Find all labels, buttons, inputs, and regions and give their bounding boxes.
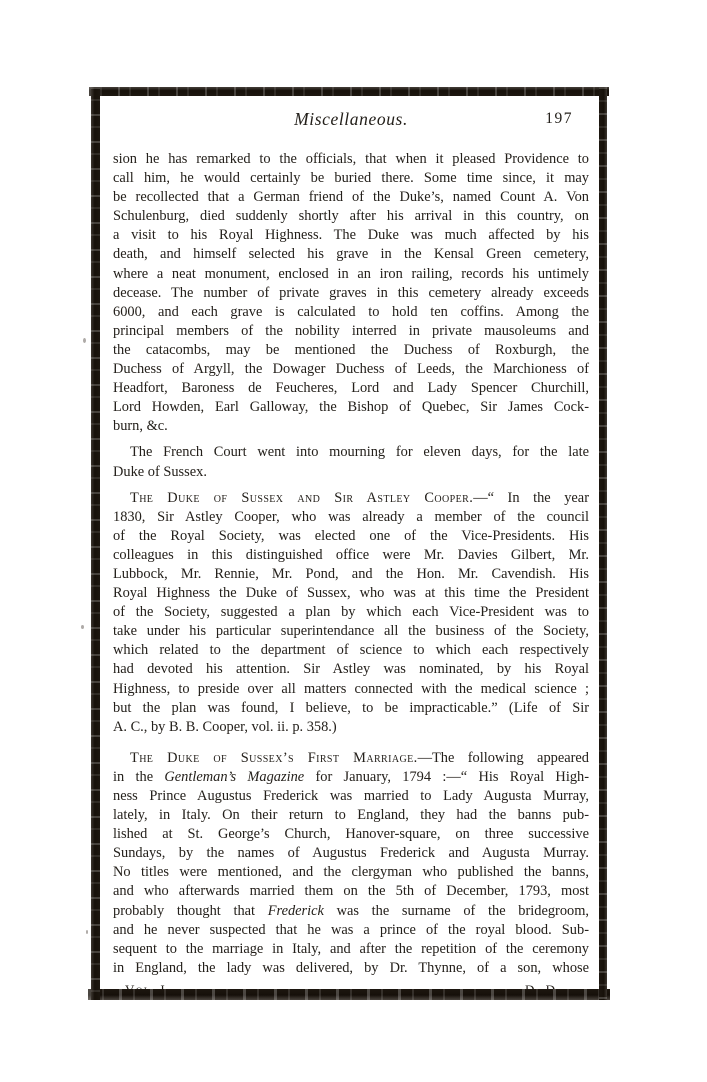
text-run: Highness, to preside over all matters co… [113, 681, 589, 697]
text-line: The French Court went into mourning for … [113, 443, 589, 462]
text-line: lately, in Italy. On their return to Eng… [113, 806, 589, 825]
text-run: take under his particular superintendanc… [113, 623, 589, 639]
page-border-left [91, 87, 100, 1000]
text-run: which related to the department of scien… [113, 642, 589, 658]
text-line: Duchess of Argyll, the Dowager Duchess o… [113, 360, 589, 379]
text-line: sequent to the marriage in Italy, and af… [113, 940, 589, 959]
text-run: in the [113, 769, 164, 785]
paragraph: sion he has remarked to the officials, t… [113, 150, 589, 436]
text-run: where a neat monument, enclosed in an ir… [113, 266, 589, 282]
text-run: Headfort, Baroness de Feucheres, Lord an… [113, 380, 589, 396]
text-line: in the Gentleman’s Magazine for January,… [113, 768, 589, 787]
text-run: No titles were mentioned, and the clergy… [113, 864, 589, 880]
text-line: Highness, to preside over all matters co… [113, 680, 589, 699]
text-run: in England, the lady was delivered, by D… [113, 960, 589, 976]
text-line: of the Royal Society, was elected one of… [113, 527, 589, 546]
text-run: principal members of the nobility interr… [113, 323, 589, 339]
text-line: sion he has remarked to the officials, t… [113, 150, 589, 169]
text-run: —“ In the year [473, 490, 589, 506]
text-run: burn, &c. [113, 418, 168, 434]
text-line: Lord Howden, Earl Galloway, the Bishop o… [113, 398, 589, 417]
text-line: probably thought that Frederick was the … [113, 902, 589, 921]
scan-speckle [83, 338, 86, 343]
text-run: A. C., by B. B. Cooper, vol. ii. p. 358.… [113, 719, 337, 735]
text-line: burn, &c. [113, 417, 589, 436]
text-run: death, and himself selected his grave in… [113, 246, 589, 262]
text-run: Lubbock, Mr. Rennie, Mr. Pond, and the H… [113, 566, 589, 582]
text-run: Schulenburg, died suddenly shortly after… [113, 208, 589, 224]
scan-speckle [81, 625, 84, 629]
text-run: lately, in Italy. On their return to Eng… [113, 807, 589, 823]
text-run: had devoted his attention. Sir Astley wa… [113, 661, 589, 677]
text-line: and he never suspected that he was a pri… [113, 921, 589, 940]
text-line: Lubbock, Mr. Rennie, Mr. Pond, and the H… [113, 565, 589, 584]
text-line: had devoted his attention. Sir Astley wa… [113, 660, 589, 679]
text-line: Schulenburg, died suddenly shortly after… [113, 207, 589, 226]
press-signature: D D [525, 982, 589, 989]
text-line: A. C., by B. B. Cooper, vol. ii. p. 358.… [113, 718, 589, 737]
text-line: a visit to his Royal Highness. The Duke … [113, 226, 589, 245]
text-run: colleagues in this distinguished office … [113, 547, 589, 563]
text-run: —The following appeared [418, 750, 589, 766]
article-heading-text: The Duke of Sussex’s First Marriage. [130, 750, 418, 766]
page-footer: Vol. I. D D [113, 982, 589, 989]
volume-label: Vol. I. [113, 982, 171, 989]
page-border-right [599, 87, 607, 1000]
page-border-bottom [88, 989, 610, 1000]
text-line: 6000, and each grave is calculated to ho… [113, 303, 589, 322]
text-line: call him, he would certainly be buried t… [113, 169, 589, 188]
italic-text: Gentleman’s Magazine [164, 769, 304, 785]
text-run: ness Prince Augustus Frederick was marri… [113, 788, 589, 804]
text-run: of the Society, suggested a plan by whic… [113, 604, 589, 620]
text-line: ness Prince Augustus Frederick was marri… [113, 787, 589, 806]
text-run: Duchess of Argyll, the Dowager Duchess o… [113, 361, 589, 377]
text-line: Sundays, by the names of Augustus Freder… [113, 844, 589, 863]
text-line: in England, the lady was delivered, by D… [113, 959, 589, 978]
text-run: and he never suspected that he was a pri… [113, 922, 589, 938]
text-run: decease. The number of private graves in… [113, 285, 589, 301]
text-line: take under his particular superintendanc… [113, 622, 589, 641]
article-heading-text: The Duke of Sussex and Sir Astley Cooper… [130, 490, 473, 506]
text-line: but the plan was found, I believe, to be… [113, 699, 589, 718]
italic-text: Frederick [268, 903, 324, 919]
text-line: and who afterwards married them on the 5… [113, 882, 589, 901]
text-run: the catacombs, may be mentioned the Duch… [113, 342, 589, 358]
text-run: a visit to his Royal Highness. The Duke … [113, 227, 589, 243]
text-run: probably thought that [113, 903, 268, 919]
text-run: The French Court went into mourning for … [130, 444, 589, 460]
paragraph: The French Court went into mourning for … [113, 443, 589, 481]
page-border-top [89, 87, 609, 96]
page-header: Miscellaneous. 197 [113, 109, 589, 143]
text-run: sequent to the marriage in Italy, and af… [113, 941, 589, 957]
text-run: call him, he would certainly be buried t… [113, 170, 589, 186]
text-line: colleagues in this distinguished office … [113, 546, 589, 565]
text-run: Sundays, by the names of Augustus Freder… [113, 845, 589, 861]
paragraph: The Duke of Sussex and Sir Astley Cooper… [113, 489, 589, 737]
text-line: Royal Highness the Duke of Sussex, who w… [113, 584, 589, 603]
text-run: of the Royal Society, was elected one of… [113, 528, 589, 544]
text-run: Duke of Sussex. [113, 464, 207, 480]
page-number: 197 [545, 110, 573, 128]
text-run: be recollected that a German friend of t… [113, 189, 589, 205]
text-run: Royal Highness the Duke of Sussex, who w… [113, 585, 589, 601]
paragraph: The Duke of Sussex’s First Marriage.—The… [113, 749, 589, 978]
text-line: 1830, Sir Astley Cooper, who was already… [113, 508, 589, 527]
text-run: Lord Howden, Earl Galloway, the Bishop o… [113, 399, 589, 415]
text-run: was the surname of the bridegroom, [324, 903, 589, 919]
text-line: decease. The number of private graves in… [113, 284, 589, 303]
text-line: Duke of Sussex. [113, 463, 589, 482]
text-line: The Duke of Sussex and Sir Astley Cooper… [113, 489, 589, 508]
text-run: lished at St. George’s Church, Hanover-s… [113, 826, 589, 842]
running-title: Miscellaneous. [113, 109, 589, 130]
text-line: of the Society, suggested a plan by whic… [113, 603, 589, 622]
text-run: 6000, and each grave is calculated to ho… [113, 304, 589, 320]
scan-speckle [86, 930, 88, 934]
text-line: where a neat monument, enclosed in an ir… [113, 265, 589, 284]
text-line: principal members of the nobility interr… [113, 322, 589, 341]
text-line: Headfort, Baroness de Feucheres, Lord an… [113, 379, 589, 398]
text-run: for January, 1794 :—“ His Royal High- [304, 769, 589, 785]
text-run: and who afterwards married them on the 5… [113, 883, 589, 899]
text-line: the catacombs, may be mentioned the Duch… [113, 341, 589, 360]
text-line: be recollected that a German friend of t… [113, 188, 589, 207]
text-line: No titles were mentioned, and the clergy… [113, 863, 589, 882]
text-line: The Duke of Sussex’s First Marriage.—The… [113, 749, 589, 768]
page-frame: Miscellaneous. 197 sion he has remarked … [91, 87, 607, 1000]
text-run: sion he has remarked to the officials, t… [113, 151, 589, 167]
text-run: but the plan was found, I believe, to be… [113, 700, 589, 716]
page-body: sion he has remarked to the officials, t… [113, 150, 589, 978]
text-run: 1830, Sir Astley Cooper, who was already… [113, 509, 589, 525]
text-line: which related to the department of scien… [113, 641, 589, 660]
page-content: Miscellaneous. 197 sion he has remarked … [100, 96, 599, 989]
text-line: death, and himself selected his grave in… [113, 245, 589, 264]
text-line: lished at St. George’s Church, Hanover-s… [113, 825, 589, 844]
